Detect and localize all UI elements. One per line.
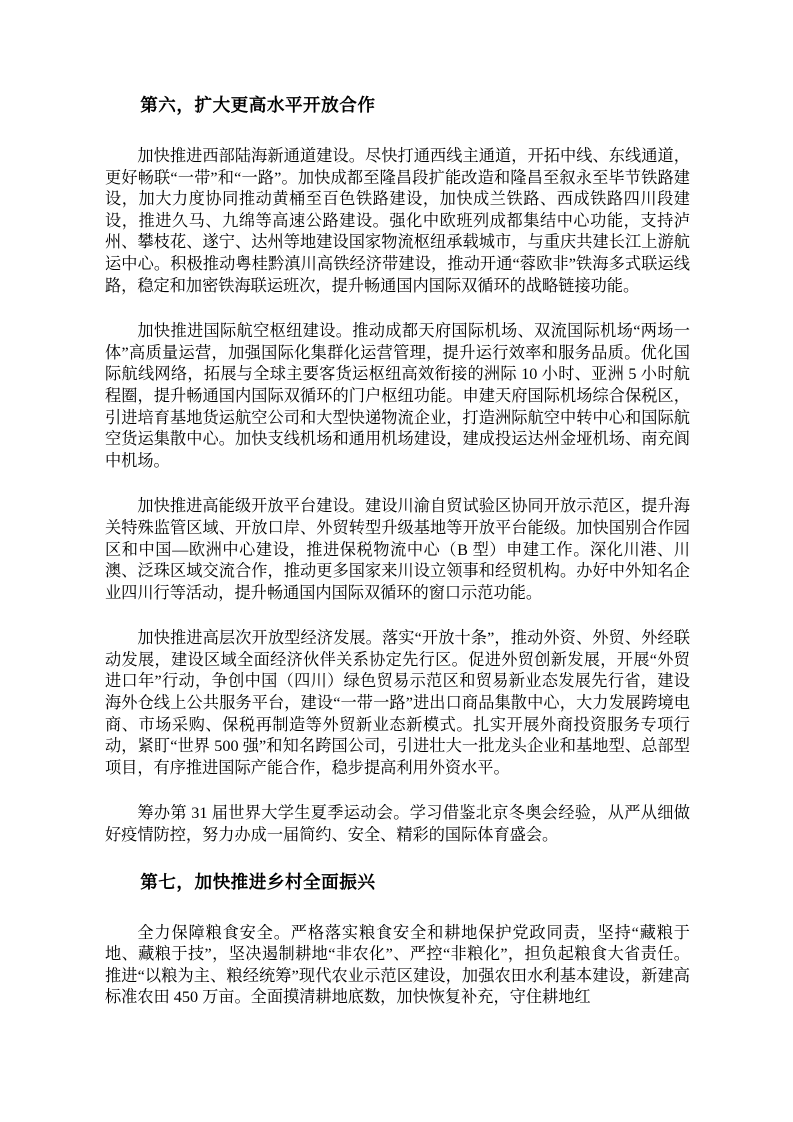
- section-six-heading: 第六，扩大更高水平开放合作: [105, 94, 690, 116]
- paragraph-west-land-sea-corridor: 加快推进西部陆海新通道建设。尽快打通西线主通道，开拓中线、东线通道，更好畅联“一…: [105, 146, 690, 297]
- paragraph-high-level-opening-platforms: 加快推进高能级开放平台建设。建设川渝自贸试验区协同开放示范区，提升海关特殊监管区…: [105, 496, 690, 604]
- document-page: 第六，扩大更高水平开放合作 加快推进西部陆海新通道建设。尽快打通西线主通道，开拓…: [0, 0, 793, 1122]
- page-content: 第六，扩大更高水平开放合作 加快推进西部陆海新通道建设。尽快打通西线主通道，开拓…: [105, 94, 690, 1033]
- paragraph-open-economy-development: 加快推进高层次开放型经济发展。落实“开放十条”，推动外资、外贸、外经联动发展，建…: [105, 628, 690, 779]
- paragraph-international-aviation-hub: 加快推进国际航空枢纽建设。推动成都天府国际机场、双流国际机场“两场一体”高质量运…: [105, 321, 690, 472]
- paragraph-world-university-games: 筹办第 31 届世界大学生夏季运动会。学习借鉴北京冬奥会经验，从严从细做好疫情防…: [105, 803, 690, 846]
- section-seven-heading: 第七，加快推进乡村全面振兴: [105, 871, 690, 893]
- paragraph-grain-security: 全力保障粮食安全。严格落实粮食安全和耕地保护党政同责，坚持“藏粮于地、藏粮于技”…: [105, 923, 690, 1009]
